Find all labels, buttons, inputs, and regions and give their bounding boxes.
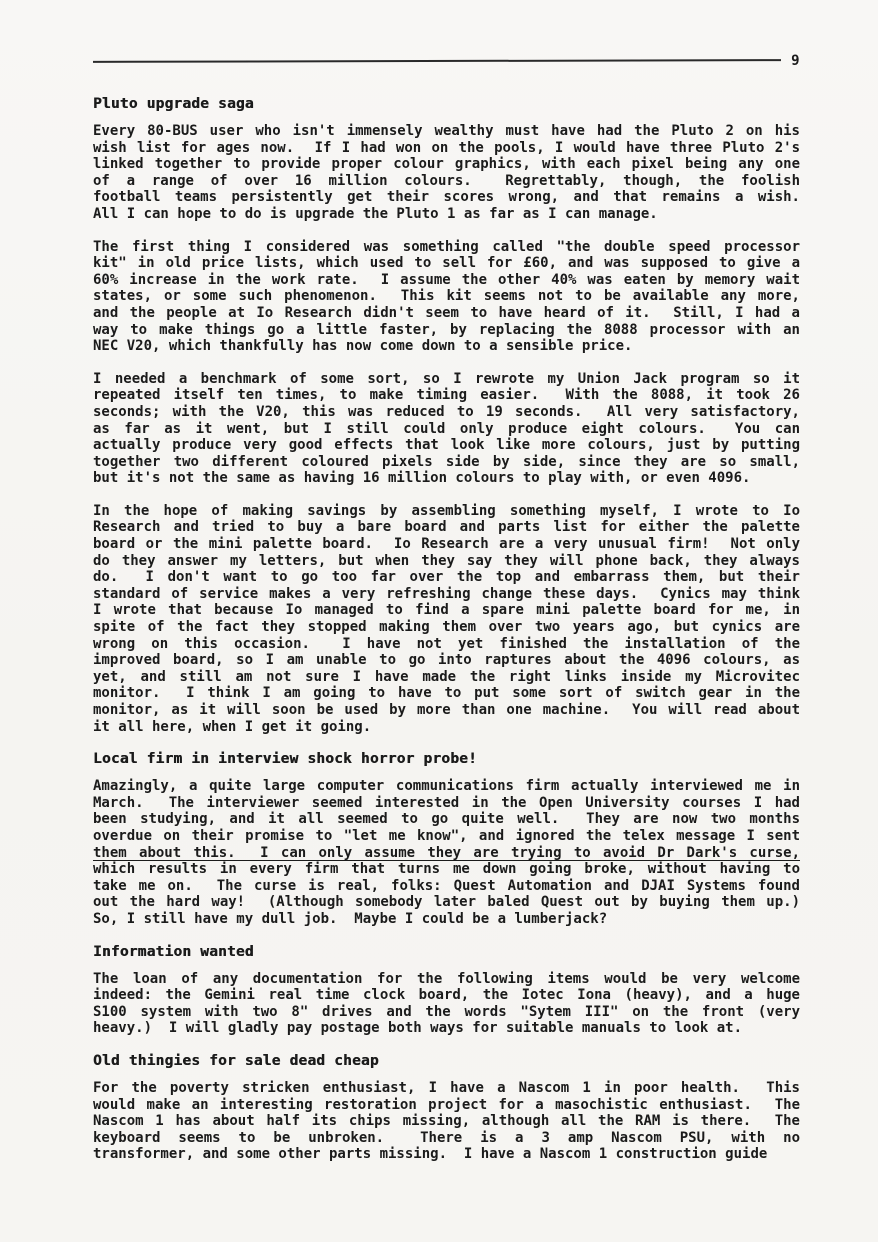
section-heading: Information wanted — [93, 944, 800, 961]
text-line: I needed a benchmark of some sort, so I … — [93, 371, 800, 388]
paragraph: I needed a benchmark of some sort, so I … — [93, 371, 800, 487]
page-header: 9 — [93, 52, 800, 70]
section-heading: Local firm in interview shock horror pro… — [93, 751, 800, 768]
text-line: improved board, so I am unable to go int… — [93, 652, 800, 669]
text-line: So, I still have my dull job. Maybe I co… — [93, 911, 800, 928]
text-line: together two different coloured pixels s… — [93, 454, 800, 471]
paragraph: The loan of any documentation for the fo… — [93, 971, 800, 1037]
section-old-thingies-for-sale: Old thingies for sale dead cheap For the… — [93, 1053, 800, 1163]
text-line: do. I don't want to go too far over the … — [93, 569, 800, 586]
text-line: wrong on this occasion. I have not yet f… — [93, 636, 800, 653]
text-line: way to make things go a little faster, b… — [93, 322, 800, 339]
text-line: For the poverty stricken enthusiast, I h… — [93, 1080, 800, 1097]
text-line: Nascom 1 has about half its chips missin… — [93, 1113, 800, 1130]
text-line: standard of service makes a very refresh… — [93, 586, 800, 603]
text-line: wish list for ages now. If I had won on … — [93, 140, 800, 157]
text-line: repeated itself ten times, to make timin… — [93, 387, 800, 404]
text-line: it all here, when I get it going. — [93, 719, 800, 736]
text-line: them about this. I can only assume they … — [93, 845, 800, 862]
text-line: spite of the fact they stopped making th… — [93, 619, 800, 636]
text-line: take me on. The curse is real, folks: Qu… — [93, 878, 800, 895]
text-line: March. The interviewer seemed interested… — [93, 795, 800, 812]
text-line: states, or some such phenomenon. This ki… — [93, 288, 800, 305]
paragraph: Amazingly, a quite large computer commun… — [93, 778, 800, 927]
section-heading: Old thingies for sale dead cheap — [93, 1053, 800, 1070]
text-line: All I can hope to do is upgrade the Plut… — [93, 206, 800, 223]
text-line: do they answer my letters, but when they… — [93, 553, 800, 570]
header-rule — [93, 59, 781, 63]
text-line: NEC V20, which thankfully has now come d… — [93, 338, 800, 355]
document-page: 9 Pluto upgrade saga Every 80-BUS user w… — [0, 0, 878, 1242]
text-line: I wrote that because Io managed to find … — [93, 602, 800, 619]
text-line: Amazingly, a quite large computer commun… — [93, 778, 800, 795]
text-line: Research and tried to buy a bare board a… — [93, 519, 800, 536]
text-line: linked together to provide proper colour… — [93, 156, 800, 173]
text-line: monitor. I think I am going to have to p… — [93, 685, 800, 702]
text-line: yet, and still am not sure I have made t… — [93, 669, 800, 686]
text-line: out the hard way! (Although somebody lat… — [93, 894, 800, 911]
paragraph: In the hope of making savings by assembl… — [93, 503, 800, 735]
section-information-wanted: Information wanted The loan of any docum… — [93, 944, 800, 1037]
text-line: kit" in old price lists, which used to s… — [93, 255, 800, 272]
text-line: The first thing I considered was somethi… — [93, 239, 800, 256]
text-line: In the hope of making savings by assembl… — [93, 503, 800, 520]
section-heading: Pluto upgrade saga — [93, 96, 800, 113]
text-line: and the people at Io Research didn't see… — [93, 305, 800, 322]
text-line: transformer, and some other parts missin… — [93, 1146, 800, 1163]
paragraph: Every 80-BUS user who isn't immensely we… — [93, 123, 800, 223]
text-line: The loan of any documentation for the fo… — [93, 971, 800, 988]
page-number: 9 — [791, 53, 800, 69]
text-line: Every 80-BUS user who isn't immensely we… — [93, 123, 800, 140]
section-local-firm-interview: Local firm in interview shock horror pro… — [93, 751, 800, 927]
text-line: which results in every firm that turns m… — [93, 861, 800, 878]
paragraph: For the poverty stricken enthusiast, I h… — [93, 1080, 800, 1163]
text-line: overdue on their promise to "let me know… — [93, 828, 800, 845]
text-line: would make an interesting restoration pr… — [93, 1097, 800, 1114]
text-line: but it's not the same as having 16 milli… — [93, 470, 800, 487]
text-line: actually produce very good effects that … — [93, 437, 800, 454]
text-line: of a range of over 16 million colours. R… — [93, 173, 800, 190]
text-line: board or the mini palette board. Io Rese… — [93, 536, 800, 553]
text-line: 60% increase in the work rate. I assume … — [93, 272, 800, 289]
section-pluto-upgrade-saga: Pluto upgrade saga Every 80-BUS user who… — [93, 96, 800, 735]
text-line: seconds; with the V20, this was reduced … — [93, 404, 800, 421]
text-line: been studying, and it all seemed to go q… — [93, 811, 800, 828]
text-line: S100 system with two 8" drives and the w… — [93, 1004, 800, 1021]
text-line: heavy.) I will gladly pay postage both w… — [93, 1020, 800, 1037]
text-line: as far as it went, but I still could onl… — [93, 421, 800, 438]
text-line: indeed: the Gemini real time clock board… — [93, 987, 800, 1004]
paragraph: The first thing I considered was somethi… — [93, 239, 800, 355]
text-line: football teams persistently get their sc… — [93, 189, 800, 206]
text-line: keyboard seems to be unbroken. There is … — [93, 1130, 800, 1147]
text-line: monitor, as it will soon be used by more… — [93, 702, 800, 719]
